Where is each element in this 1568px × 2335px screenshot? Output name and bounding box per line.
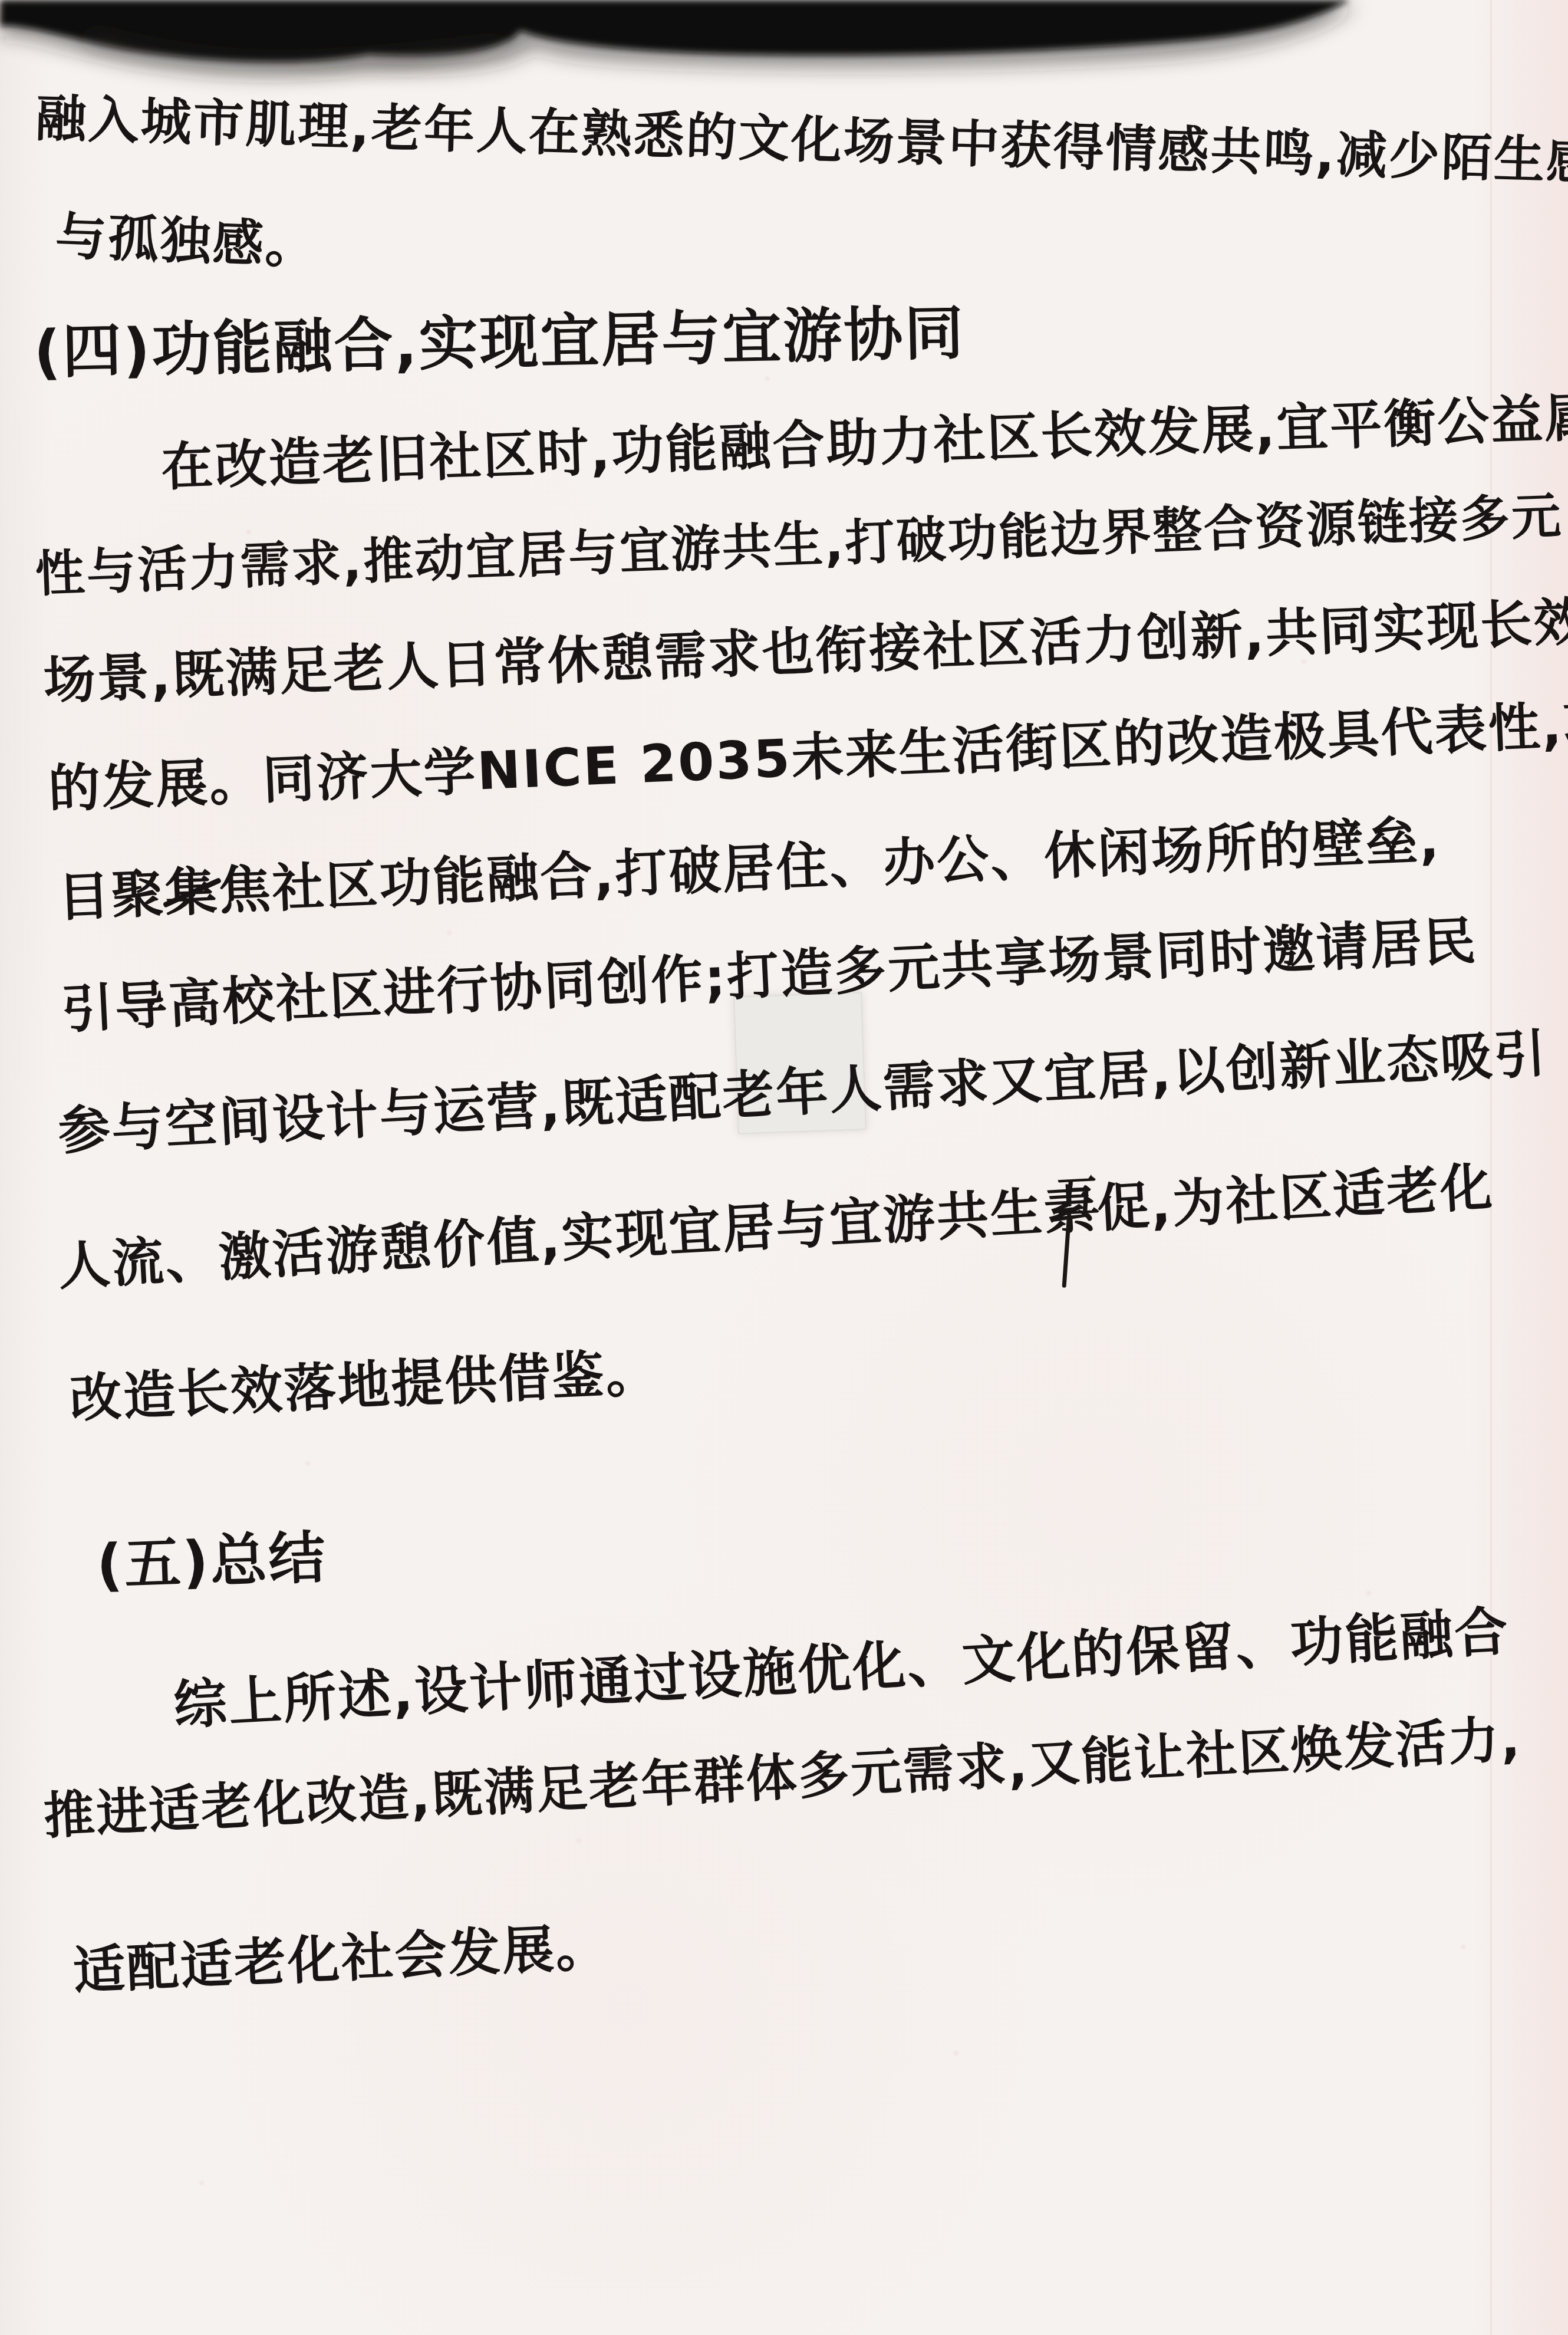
struck-out-character: 集 — [164, 861, 220, 923]
section-heading-4: (四)功能融合,实现宜居与宜游协同 — [33, 299, 966, 386]
handwritten-line-s5-1: 综上所述,设计师通过设施优化、文化的保留、功能融合 — [172, 1601, 1511, 1737]
section-heading-5: (五)总结 — [95, 1525, 328, 1598]
handwritten-line-s4-2: 性与活力需求,推动宜居与宜游共生,打破功能边界整合资源链接多元 — [34, 487, 1564, 603]
scanned-document-page: 融入城市肌理,老年人在熟悉的文化场景中获得情感共鸣,减少陌生感 与孤独感。 (四… — [0, 0, 1568, 2335]
handwritten-line-s4-9: 改造长效落地提供借鉴。 — [68, 1343, 661, 1429]
line-s4-5-post: 焦社区功能融合,打破居住、办公、休闲场所的壁垒, — [218, 810, 1442, 922]
handwritten-line-s4-8: 人流、激活游憩价值,实现宜居与宜游共生素促,为社区适老化 — [57, 1157, 1495, 1297]
handwritten-line-intro-2: 与孤独感。 — [54, 208, 318, 276]
handwritten-line-s4-4: 的发展。同济大学NICE 2035未来生活街区的改造极具代表性,项 — [47, 693, 1568, 819]
handwritten-line-s4-1: 在改造老旧社区时,功能融合助力社区长效发展,宜平衡公益属 — [160, 387, 1568, 497]
line-s4-5-pre: 目聚 — [57, 863, 166, 928]
inserted-character: 互 — [1055, 1162, 1100, 1225]
paper-speckles — [0, 0, 2, 2]
line-s4-8-pre: 人流、激活游憩价值,实现宜居与宜游共生 — [57, 1182, 1046, 1297]
line-s4-8-post: 素促,为社区适老化 — [1042, 1156, 1495, 1242]
handwritten-line-s5-3: 适配适老化社会发展。 — [72, 1917, 611, 2001]
handwritten-line-s4-5: 目聚集焦社区功能融合,打破居住、办公、休闲场所的壁垒, — [57, 810, 1442, 928]
handwritten-line-s4-3: 场景,既满足老人日常休憩需求也衔接社区活力创新,共同实现长效 — [42, 591, 1568, 711]
